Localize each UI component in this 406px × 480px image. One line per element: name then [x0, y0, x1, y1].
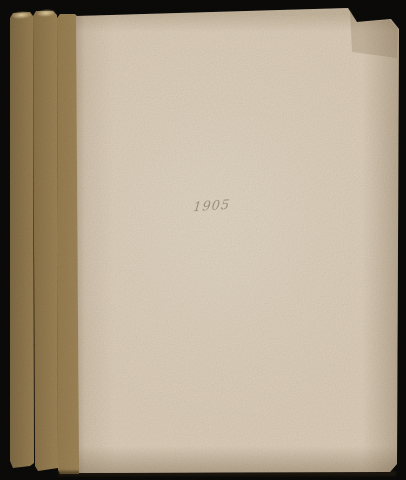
handwritten-year-inscription: 1905: [192, 199, 230, 216]
spine-top-highlight: [36, 8, 57, 17]
spine-top-highlight: [11, 10, 33, 19]
scan-backdrop: 1905: [0, 0, 406, 480]
